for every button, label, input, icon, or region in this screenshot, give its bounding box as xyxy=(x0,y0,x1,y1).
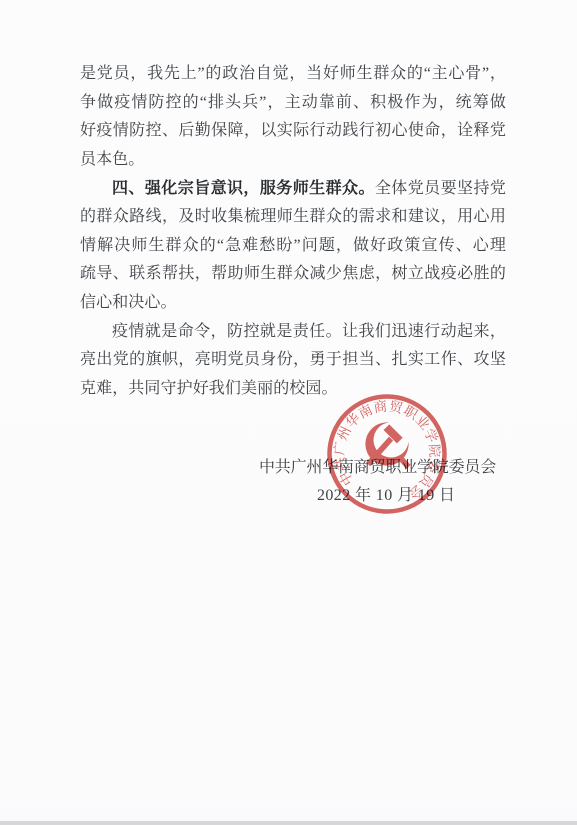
page-bottom-edge xyxy=(0,821,577,825)
body-line: 疫情就是命令，防控就是责任。让我们迅速行动起来， xyxy=(80,318,506,347)
body-line: 情解决师生群众的“急难愁盼”问题，做好政策宣传、心理 xyxy=(80,232,506,261)
body-line: 疏导、联系帮扶，帮助师生群众减少焦虑，树立战疫必胜的 xyxy=(80,260,506,289)
body-text: 是党员，我先上”的政治自觉，当好师生群众的“主心骨”， 争做疫情防控的“排头兵”… xyxy=(80,60,506,404)
body-line: 克难，共同守护好我们美丽的校园。 xyxy=(80,375,506,404)
body-line: 四、强化宗旨意识，服务师生群众。全体党员要坚持党 xyxy=(80,175,506,204)
body-line: 是党员，我先上”的政治自觉，当好师生群众的“主心骨”， xyxy=(80,60,506,89)
body-line: 的群众路线，及时收集梳理师生群众的需求和建议，用心用 xyxy=(80,203,506,232)
body-line: 信心和决心。 xyxy=(80,289,506,318)
body-line: 争做疫情防控的“排头兵”，主动靠前、积极作为，统筹做 xyxy=(80,89,506,118)
signature-date: 2022 年 10 月 19 日 xyxy=(317,482,455,505)
section-heading: 四、强化宗旨意识，服务师生群众。 xyxy=(112,180,375,197)
body-line: 员本色。 xyxy=(80,146,506,175)
body-line-text: 全体党员要坚持党 xyxy=(375,180,506,197)
document-page: 是党员，我先上”的政治自觉，当好师生群众的“主心骨”， 争做疫情防控的“排头兵”… xyxy=(0,0,577,825)
body-line: 好疫情防控、后勤保障，以实际行动践行初心使命，诠释党 xyxy=(80,117,506,146)
signer-name: 中共广州华南商贸职业学院委员会 xyxy=(259,454,496,477)
body-line: 亮出党的旗帜，亮明党员身份，勇于担当、扎实工作、攻坚 xyxy=(80,346,506,375)
